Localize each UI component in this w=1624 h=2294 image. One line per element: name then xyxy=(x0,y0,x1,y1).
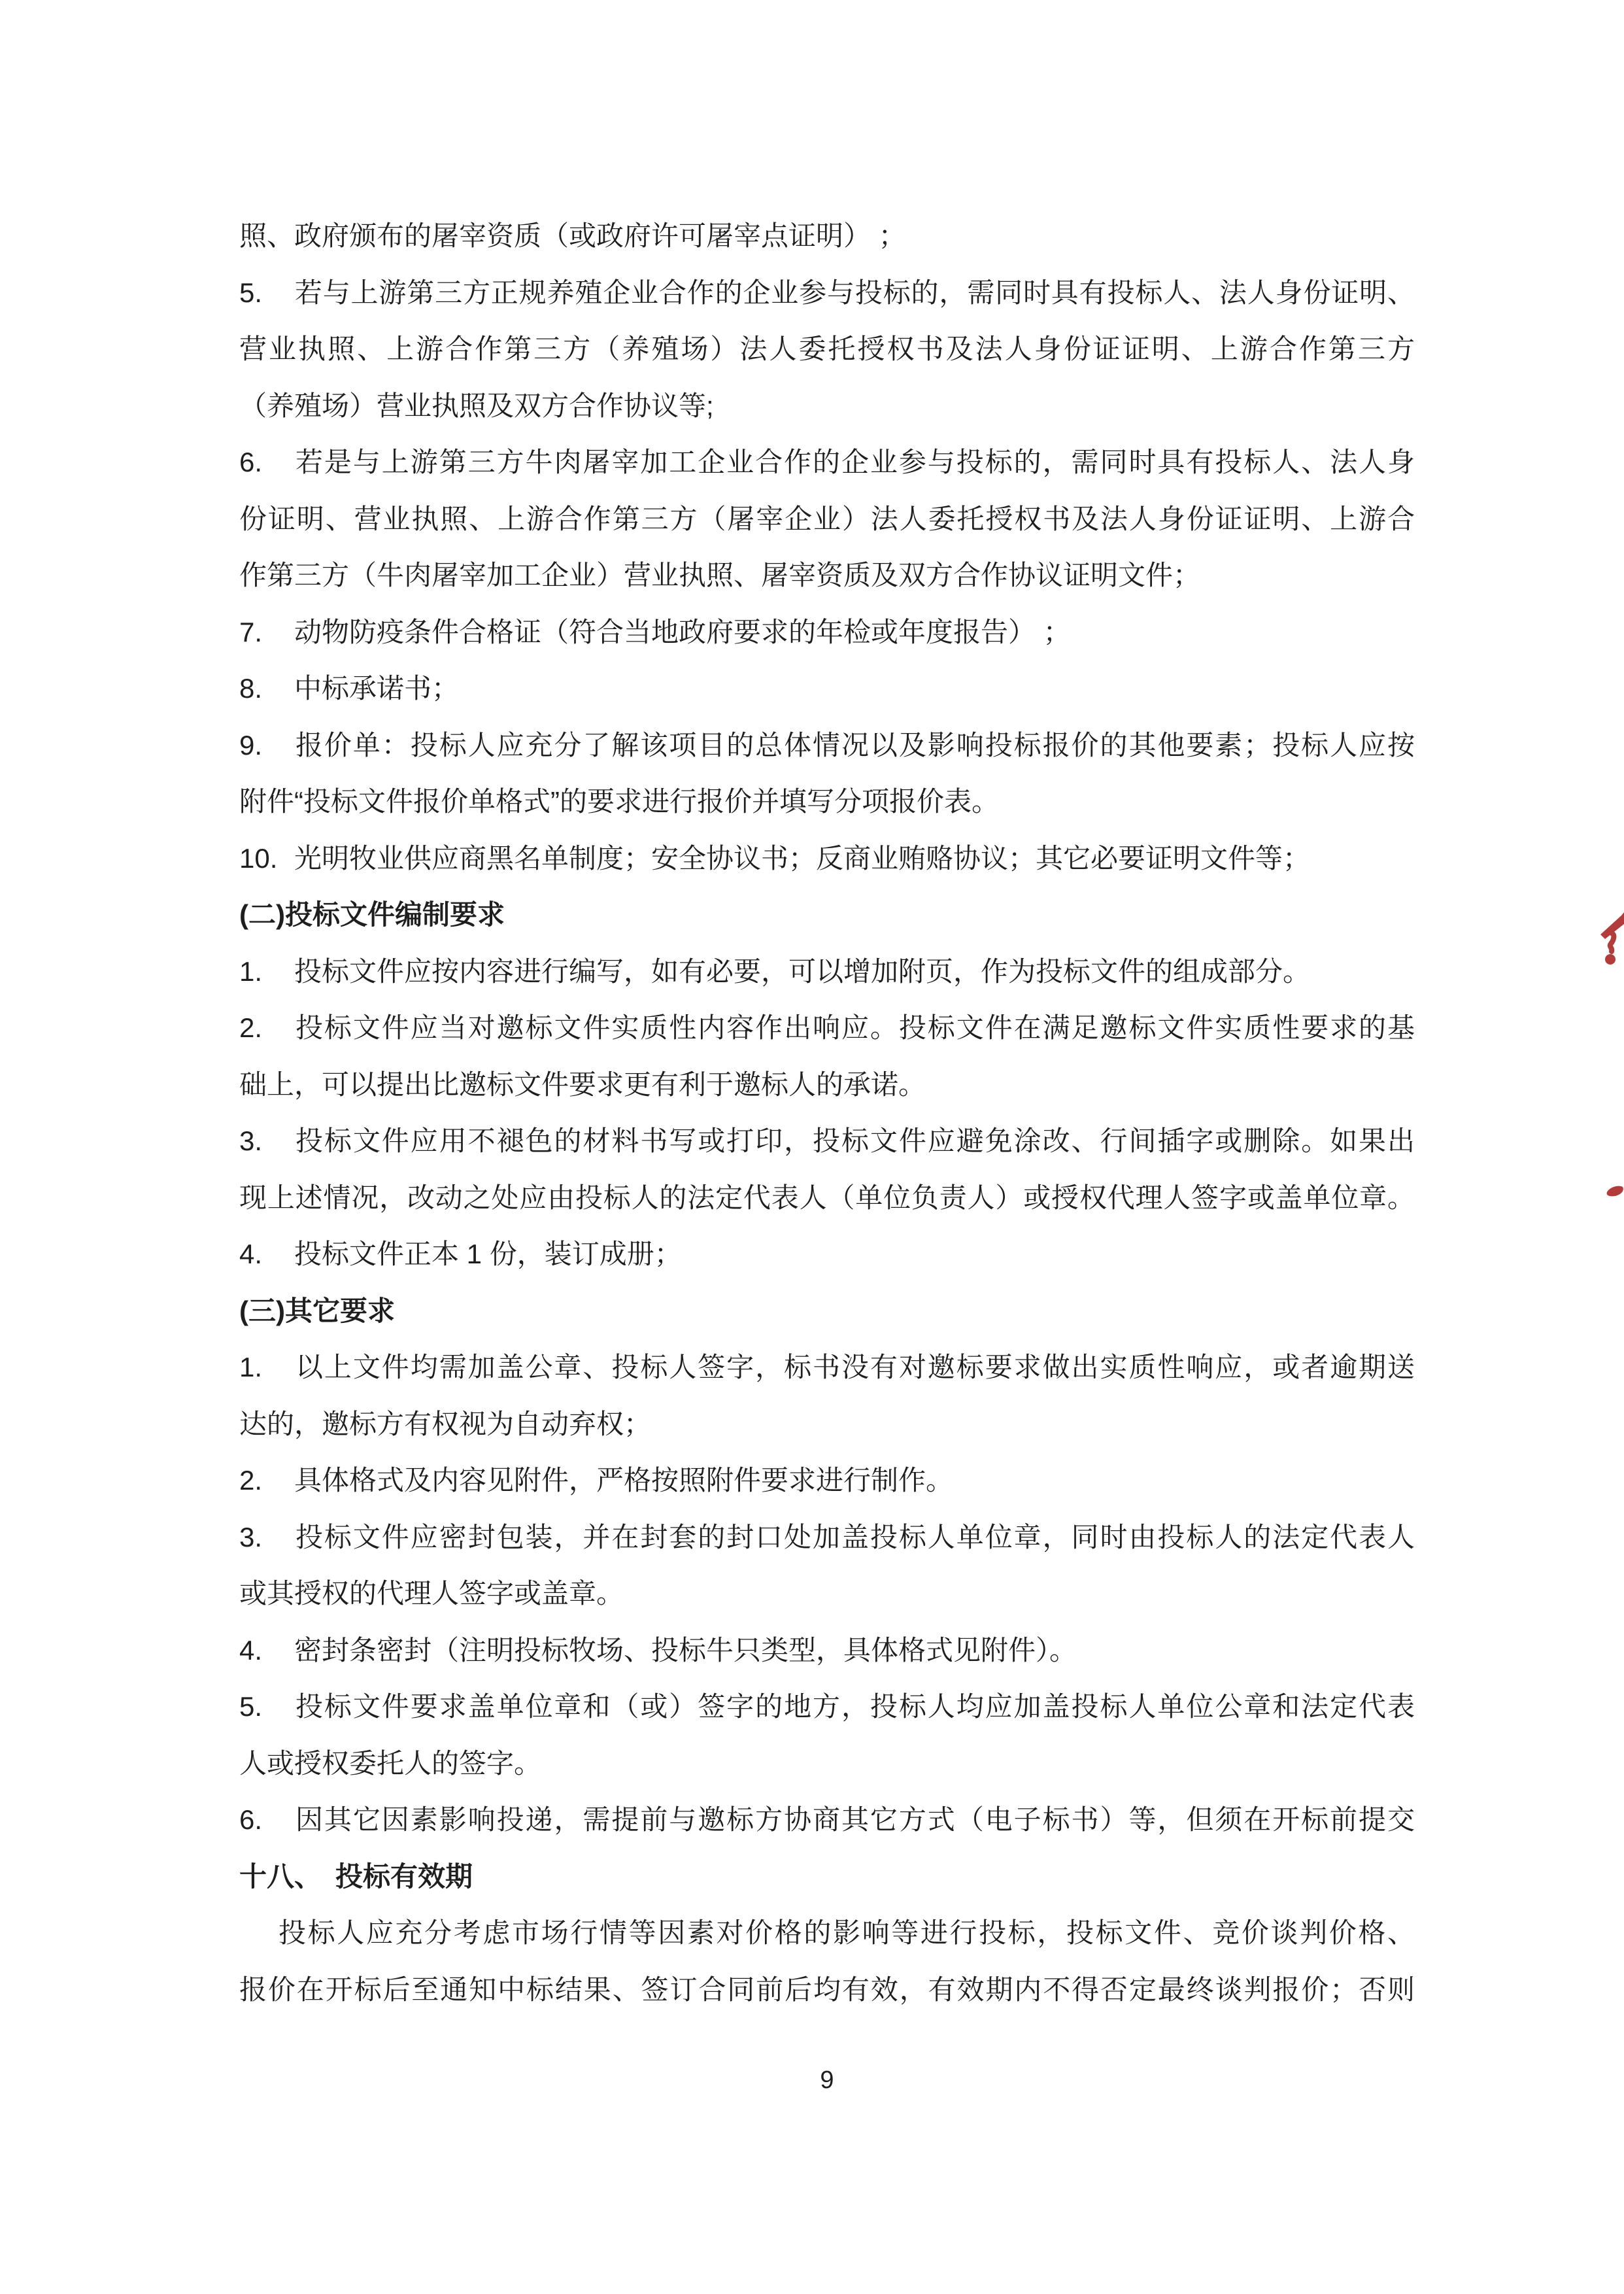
line-text: 以上文件均需加盖公章、投标人签字，标书没有对邀标要求做出实质性响应，或者逾期送 xyxy=(294,1352,1415,1382)
text-line: 营业执照、上游合作第三方（养殖场）法人委托授权书及法人身份证证明、上游合作第三方 xyxy=(239,321,1415,378)
text-line: 附件“投标文件报价单格式”的要求进行报价并填写分项报价表。 xyxy=(239,774,1415,830)
text-line: 5.若与上游第三方正规养殖企业合作的企业参与投标的，需同时具有投标人、法人身份证… xyxy=(239,265,1415,322)
text-line: 1.投标文件应按内容进行编写，如有必要，可以增加附页，作为投标文件的组成部分。 xyxy=(239,944,1415,1001)
text-line: 4.密封条密封（注明投标牧场、投标牛只类型，具体格式见附件）。 xyxy=(239,1622,1415,1679)
section-heading: (二)投标文件编制要求 xyxy=(239,887,1415,944)
text-line: 10.光明牧业供应商黑名单制度；安全协议书；反商业贿赂协议；其它必要证明文件等； xyxy=(239,830,1415,887)
line-text: 具体格式及内容见附件，严格按照附件要求进行制作。 xyxy=(294,1465,953,1496)
red-ink-dot xyxy=(1605,954,1616,965)
red-ink-blob xyxy=(1607,1186,1623,1197)
text-line: 投标人应充分考虑市场行情等因素对价格的影响等进行投标，投标文件、竞价谈判价格、 xyxy=(239,1905,1415,1962)
list-number: 4. xyxy=(239,1622,294,1679)
line-text: 投标文件正本 1 份，装订成册； xyxy=(294,1239,682,1269)
list-number: 2. xyxy=(239,1452,294,1509)
line-text: 密封条密封（注明投标牧场、投标牛只类型，具体格式见附件）。 xyxy=(294,1635,1077,1666)
text-line: 6.因其它因素影响投递，需提前与邀标方协商其它方式（电子标书）等，但须在开标前提… xyxy=(239,1792,1415,1849)
list-number: 5. xyxy=(239,265,294,322)
text-line: 2.投标文件应当对邀标文件实质性内容作出响应。投标文件在满足邀标文件实质性要求的… xyxy=(239,1000,1415,1057)
document-page: 照、政府颁布的屠宰资质（或政府许可屠宰点证明） ；5.若与上游第三方正规养殖企业… xyxy=(0,0,1624,2294)
text-line: 8.中标承诺书； xyxy=(239,660,1415,717)
list-number: 5. xyxy=(239,1679,294,1736)
text-line: 人或授权委托人的签字。 xyxy=(239,1736,1415,1792)
text-line: 3.投标文件应用不褪色的材料书写或打印，投标文件应避免涂改、行间插字或删除。如果… xyxy=(239,1113,1415,1170)
red-ink-squiggle xyxy=(1610,933,1614,951)
line-text: 光明牧业供应商黑名单制度；安全协议书；反商业贿赂协议；其它必要证明文件等； xyxy=(294,843,1310,874)
list-number: 1. xyxy=(239,944,294,1001)
line-text: 报价单：投标人应充分了解该项目的总体情况以及影响投标报价的其他要素；投标人应按 xyxy=(294,730,1415,761)
line-text: 因其它因素影响投递，需提前与邀标方协商其它方式（电子标书）等，但须在开标前提交 xyxy=(294,1804,1415,1835)
line-text: 若是与上游第三方牛肉屠宰加工企业合作的企业参与投标的，需同时具有投标人、法人身 xyxy=(294,447,1415,477)
text-line: 达的，邀标方有权视为自动弃权； xyxy=(239,1396,1415,1453)
line-text: 动物防疫条件合格证（符合当地政府要求的年检或年度报告） ； xyxy=(294,617,1071,647)
text-line: 7.动物防疫条件合格证（符合当地政府要求的年检或年度报告） ； xyxy=(239,604,1415,661)
section-heading: 十八、 投标有效期 xyxy=(239,1849,1415,1906)
list-number: 4. xyxy=(239,1226,294,1283)
line-text: 中标承诺书； xyxy=(294,673,459,704)
text-line: 4.投标文件正本 1 份，装订成册； xyxy=(239,1226,1415,1283)
line-text: 若与上游第三方正规养殖企业合作的企业参与投标的，需同时具有投标人、法人身份证明、 xyxy=(294,277,1415,308)
line-text: 投标文件应用不褪色的材料书写或打印，投标文件应避免涂改、行间插字或删除。如果出 xyxy=(294,1125,1415,1156)
list-number: 7. xyxy=(239,604,294,661)
list-number: 1. xyxy=(239,1339,294,1396)
list-number: 9. xyxy=(239,717,294,774)
text-line: 6.若是与上游第三方牛肉屠宰加工企业合作的企业参与投标的，需同时具有投标人、法人… xyxy=(239,434,1415,491)
text-line: 作第三方（牛肉屠宰加工企业）营业执照、屠宰资质及双方合作协议证明文件； xyxy=(239,547,1415,604)
text-line: 现上述情况，改动之处应由投标人的法定代表人（单位负责人）或授权代理人签字或盖单位… xyxy=(239,1170,1415,1227)
page-number: 9 xyxy=(239,2057,1415,2103)
list-number: 6. xyxy=(239,1792,294,1849)
line-text: 投标文件应当对邀标文件实质性内容作出响应。投标文件在满足邀标文件实质性要求的基 xyxy=(294,1012,1415,1043)
list-number: 8. xyxy=(239,660,294,717)
text-line: 1.以上文件均需加盖公章、投标人签字，标书没有对邀标要求做出实质性响应，或者逾期… xyxy=(239,1339,1415,1396)
text-line: 础上，可以提出比邀标文件要求更有利于邀标人的承诺。 xyxy=(239,1057,1415,1114)
text-line: 2.具体格式及内容见附件，严格按照附件要求进行制作。 xyxy=(239,1452,1415,1509)
text-line: 报价在开标后至通知中标结果、签订合同前后均有效，有效期内不得否定最终谈判报价；否… xyxy=(239,1962,1415,2019)
section-heading: (三)其它要求 xyxy=(239,1283,1415,1340)
text-line: 5.投标文件要求盖单位章和（或）签字的地方，投标人均应加盖投标人单位公章和法定代… xyxy=(239,1679,1415,1736)
text-line: 或其授权的代理人签字或盖章。 xyxy=(239,1566,1415,1622)
document-lines: 照、政府颁布的屠宰资质（或政府许可屠宰点证明） ；5.若与上游第三方正规养殖企业… xyxy=(239,208,1415,2018)
text-line: 9.报价单：投标人应充分了解该项目的总体情况以及影响投标报价的其他要素；投标人应… xyxy=(239,717,1415,774)
list-number: 6. xyxy=(239,434,294,491)
text-line: 3.投标文件应密封包装，并在封套的封口处加盖投标人单位章，同时由投标人的法定代表… xyxy=(239,1509,1415,1566)
list-number: 3. xyxy=(239,1113,294,1170)
text-line: 照、政府颁布的屠宰资质（或政府许可屠宰点证明） ； xyxy=(239,208,1415,265)
red-ink-mark-1 xyxy=(1595,906,1624,971)
text-line: 份证明、营业执照、上游合作第三方（屠宰企业）法人委托授权书及法人身份证证明、上游… xyxy=(239,491,1415,548)
line-text: 投标文件应按内容进行编写，如有必要，可以增加附页，作为投标文件的组成部分。 xyxy=(294,956,1310,987)
list-number: 10. xyxy=(239,830,294,887)
text-line: （养殖场）营业执照及双方合作协议等; xyxy=(239,378,1415,435)
red-ink-mark-2 xyxy=(1605,1182,1624,1202)
list-number: 3. xyxy=(239,1509,294,1566)
list-number: 2. xyxy=(239,1000,294,1057)
line-text: 投标文件应密封包装，并在封套的封口处加盖投标人单位章，同时由投标人的法定代表人 xyxy=(294,1522,1415,1552)
line-text: 投标文件要求盖单位章和（或）签字的地方，投标人均应加盖投标人单位公章和法定代表 xyxy=(294,1691,1415,1722)
